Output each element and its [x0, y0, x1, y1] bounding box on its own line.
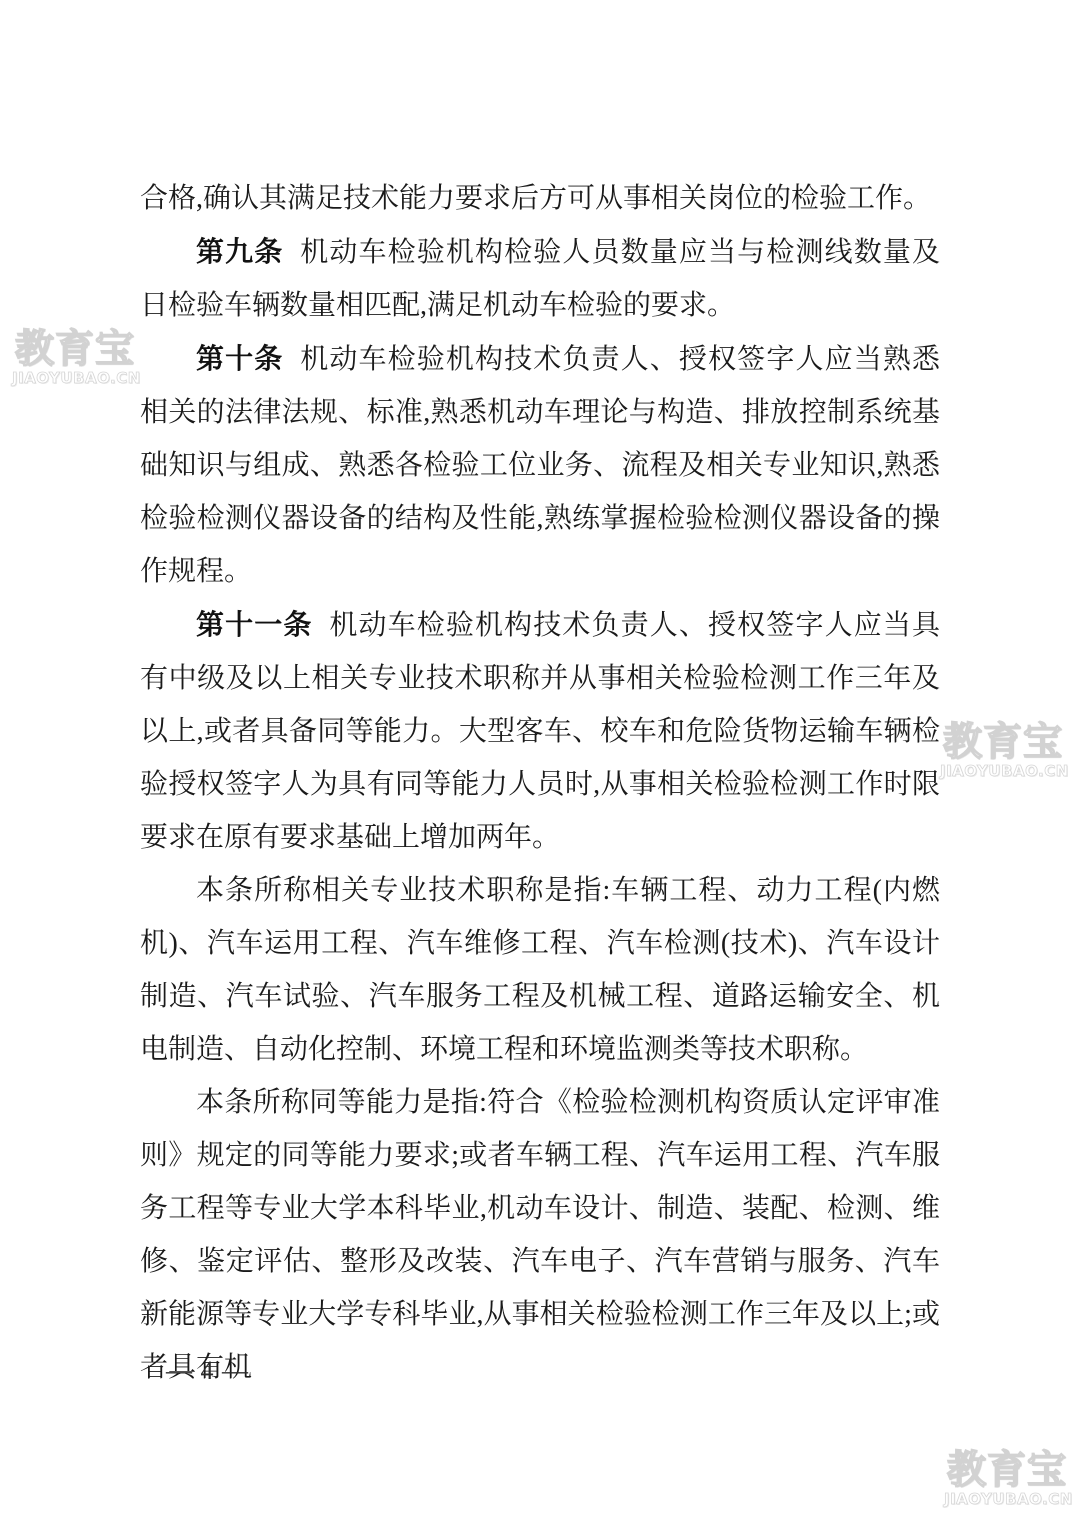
paragraph-text: 本条所称相关专业技术职称是指:车辆工程、动力工程(内燃机)、汽车运用工程、汽车维…	[140, 875, 940, 1065]
paragraph-titles-definition: 本条所称相关专业技术职称是指:车辆工程、动力工程(内燃机)、汽车运用工程、汽车维…	[140, 864, 940, 1076]
watermark-bottom-right: 教育宝 JIAOYUBAO.CN	[944, 1451, 1070, 1508]
watermark-brand-text: 教育宝	[12, 330, 138, 369]
paragraph-continuation: 合格,确认其满足技术能力要求后方可从事相关岗位的检验工作。	[140, 172, 940, 225]
watermark-brand-text: 教育宝	[944, 1451, 1070, 1490]
watermark-domain-text: JIAOYUBAO.CN	[944, 1491, 1070, 1508]
paragraph-article-11: 第十一条机动车检验机构技术负责人、授权签字人应当具有中级及以上相关专业技术职称并…	[140, 598, 940, 864]
watermark-domain-text: JIAOYUBAO.CN	[12, 370, 138, 387]
article-number: 第九条	[196, 236, 283, 267]
watermark-domain-text: JIAOYUBAO.CN	[940, 763, 1066, 780]
paragraph-equivalence-definition: 本条所称同等能力是指:符合《检验检测机构资质认定评审准则》规定的同等能力要求;或…	[140, 1076, 940, 1394]
watermark-right: 教育宝 JIAOYUBAO.CN	[940, 723, 1066, 780]
paragraph-article-9: 第九条机动车检验机构检验人员数量应当与检测线数量及日检验车辆数量相匹配,满足机动…	[140, 225, 940, 332]
document-body: 合格,确认其满足技术能力要求后方可从事相关岗位的检验工作。 第九条机动车检验机构…	[140, 172, 940, 1394]
document-page: 合格,确认其满足技术能力要求后方可从事相关岗位的检验工作。 第九条机动车检验机构…	[0, 0, 1080, 1527]
paragraph-article-10: 第十条机动车检验机构技术负责人、授权签字人应当熟悉相关的法律法规、标准,熟悉机动…	[140, 332, 940, 598]
watermark-left: 教育宝 JIAOYUBAO.CN	[12, 330, 138, 387]
paragraph-text: 本条所称同等能力是指:符合《检验检测机构资质认定评审准则》规定的同等能力要求;或…	[140, 1087, 940, 1383]
paragraph-text: 合格,确认其满足技术能力要求后方可从事相关岗位的检验工作。	[140, 183, 931, 214]
watermark-brand-text: 教育宝	[940, 723, 1066, 762]
page-number: — 4 —	[166, 1356, 249, 1386]
article-number: 第十一条	[196, 609, 313, 640]
paragraph-text: 机动车检验机构技术负责人、授权签字人应当熟悉相关的法律法规、标准,熟悉机动车理论…	[140, 344, 940, 587]
article-number: 第十条	[196, 343, 283, 374]
paragraph-text: 机动车检验机构技术负责人、授权签字人应当具有中级及以上相关专业技术职称并从事相关…	[140, 610, 940, 853]
